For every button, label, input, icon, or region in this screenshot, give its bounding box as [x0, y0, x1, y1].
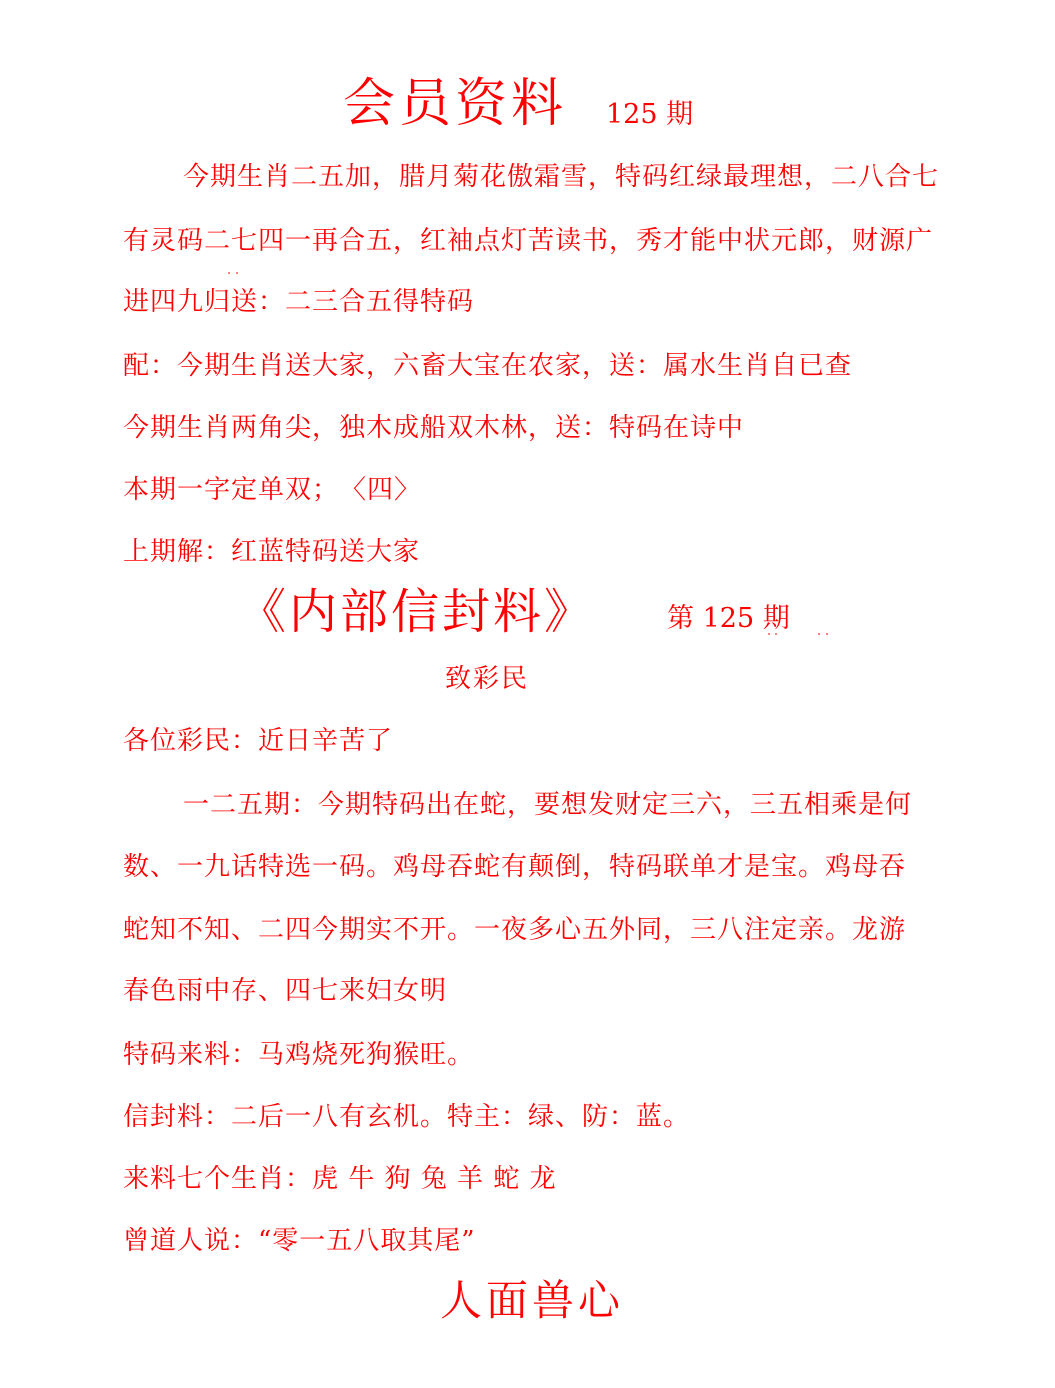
section2-title: 《内部信封料》 — [238, 583, 595, 641]
section1-line-4: 配：今期生肖送大家，六畜大宝在农家，送：属水生肖自已查 — [123, 349, 852, 383]
section2-issue-number: 第 125 期 — [667, 602, 790, 636]
section1-line-6: 本期一字定单双； 〈四〉 — [123, 473, 421, 507]
section1-line-2: 有灵码二七四一再合五，红袖点灯苦读书，秀才能中状元郎，财源广 — [123, 224, 933, 258]
section2-item-1: 特码来料：马鸡烧死狗猴旺。 — [123, 1038, 474, 1072]
section2-greeting: 各位彩民：近日辛苦了 — [123, 724, 393, 758]
section1-line-1: 今期生肖二五加，腊月菊花傲霜雪，特码红绿最理想，二八合七 — [183, 160, 939, 194]
section1-line-5: 今期生肖两角尖，独木成船双木林，送：特码在诗中 — [123, 411, 744, 445]
scan-artifact — [768, 633, 770, 635]
section2-item-2: 信封料：二后一八有玄机。特主：绿、防：蓝。 — [123, 1100, 690, 1134]
section2-item-3: 来料七个生肖：虎 牛 狗 兔 羊 蛇 龙 — [123, 1162, 557, 1196]
section2-body-line-1: 一二五期：今期特码出在蛇，要想发财定三六，三五相乘是何 — [183, 788, 912, 822]
section1-title: 会员资料 — [343, 74, 567, 134]
section2-body-line-3: 蛇知不知、二四今期实不开。一夜多心五外同，三八注定亲。龙游 — [123, 913, 906, 947]
section2-body-line-4: 春色雨中存、四七来妇女明 — [123, 974, 447, 1008]
section2-body-line-2: 数、一九话特选一码。鸡母吞蛇有颠倒，特码联单才是宝。鸡母吞 — [123, 850, 906, 884]
scan-artifact — [818, 633, 820, 635]
section1-issue-number: 125 期 — [606, 98, 693, 132]
section1-line-3: 进四九归送：二三合五得特码 — [123, 285, 474, 319]
scan-artifact — [236, 272, 238, 274]
scan-artifact — [228, 272, 230, 274]
section1-line-7: 上期解：红蓝特码送大家 — [123, 535, 420, 569]
scan-artifact — [826, 633, 828, 635]
footer-title: 人面兽心 — [440, 1276, 624, 1326]
section2-item-4: 曾道人说：“零一五八取其尾” — [123, 1224, 476, 1258]
section2-salutation: 致彩民 — [445, 662, 529, 696]
scan-artifact — [775, 633, 777, 635]
